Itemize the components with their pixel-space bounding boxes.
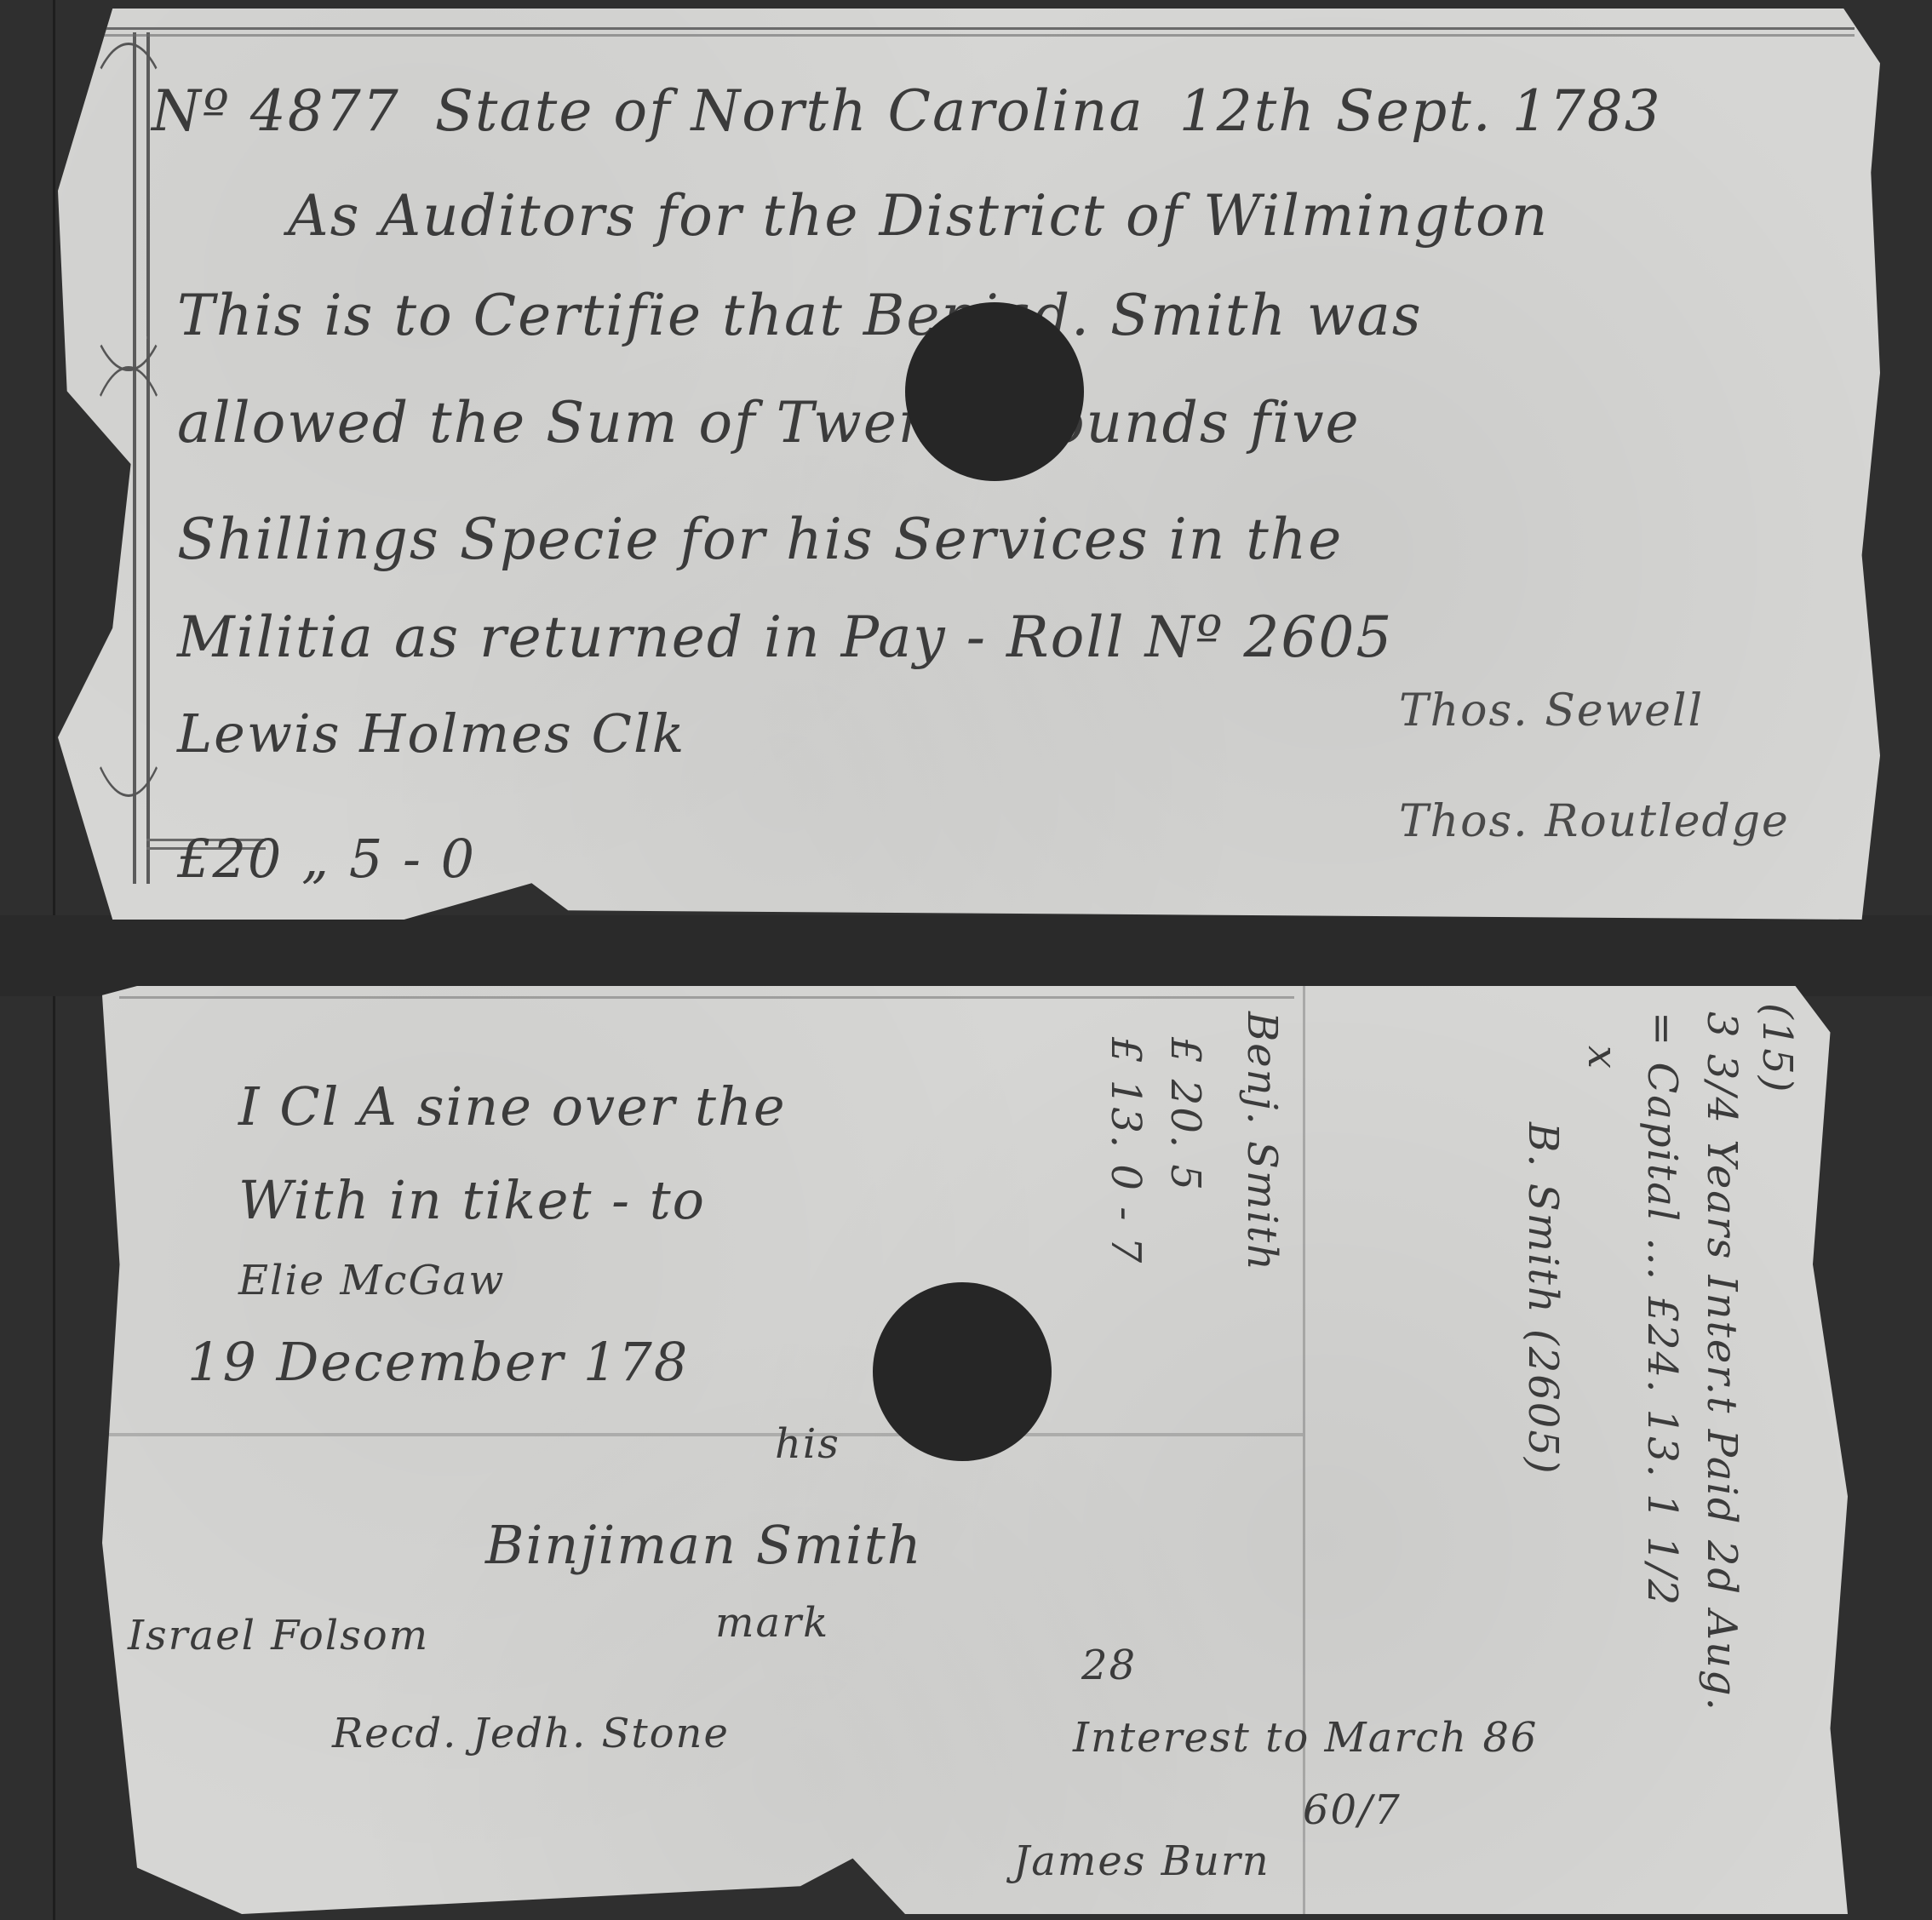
body-line-2: This is to Certifie that Benjad. Smith w… <box>177 283 1423 348</box>
endorsement-name: Benj. Smith <box>1238 1012 1286 1272</box>
principal-signature: Binjiman Smith <box>485 1514 923 1576</box>
assignment-line-2: With in tiket - to <box>238 1169 706 1231</box>
top-rule <box>83 27 1855 30</box>
interest-note-line-1: 3 3/4 Years Inter.t Paid 2d Aug. <box>1698 1012 1746 1712</box>
auditor-signature-2: Thos. Routledge <box>1399 796 1790 847</box>
assignment-date: 19 December 178 <box>187 1331 689 1393</box>
certificate-back: I Cl A sine over the With in tiket - to … <box>102 986 1848 1914</box>
cancellation-punch-hole <box>905 302 1084 481</box>
clerk-signature: Lewis Holmes Clk <box>177 702 685 765</box>
interest-amount: 60/7 <box>1303 1786 1402 1834</box>
cancellation-punch-hole <box>873 1282 1052 1461</box>
note-number: (15) <box>1753 1003 1801 1094</box>
auditor-signature-1: Thos. Sewell <box>1399 685 1704 736</box>
final-signature: James Burn <box>1013 1837 1270 1885</box>
interest-line: Interest to March 86 <box>1073 1714 1538 1762</box>
body-line-1: As Auditors for the District of Wilmingt… <box>288 183 1549 249</box>
body-line-3: allowed the Sum of Twenty Pounds five <box>177 390 1361 456</box>
state-name: State of North Carolina <box>435 78 1144 144</box>
received-by: Recd. Jedh. Stone <box>332 1710 730 1757</box>
witness-signature: Israel Folsom <box>128 1612 429 1659</box>
body-line-4: Shillings Specie for his Services in the <box>177 507 1343 572</box>
interest-note-mark: x <box>1579 1046 1626 1070</box>
certificate-date: 12th Sept. 1783 <box>1179 78 1662 144</box>
endorsement-amount-2: £ 13. 0 - 7 <box>1102 1037 1149 1264</box>
top-rule <box>83 34 1855 37</box>
certificate-number: Nº 4877 <box>152 78 400 144</box>
margin-flourish <box>71 366 186 797</box>
fold-line <box>102 1433 1303 1436</box>
assignment-line-1: I Cl A sine over the <box>238 1075 787 1138</box>
mark-label: mark <box>715 1599 829 1647</box>
mount-gap <box>0 915 1932 996</box>
certificate-front: Nº 4877 State of North Carolina 12th Sep… <box>58 9 1880 920</box>
amount: £20 „ 5 - 0 <box>177 828 476 890</box>
body-line-5: Militia as returned in Pay - Roll Nº 260… <box>177 605 1393 670</box>
certificate-header: Nº 4877 State of North Carolina 12th Sep… <box>152 78 1662 144</box>
interest-note-line-2: = Capital ... £24. 13. 1 1/2 <box>1638 1012 1686 1607</box>
fold-line <box>1303 986 1305 1914</box>
endorsement-amount-1: £ 20. 5 <box>1161 1037 1209 1192</box>
top-rule <box>119 996 1294 999</box>
interest-note-signature: B. Smith (2605) <box>1519 1122 1567 1476</box>
interest-total-mark: 28 <box>1081 1642 1137 1689</box>
assignment-line-3: Elie McGaw <box>238 1257 505 1304</box>
his-label: his <box>775 1420 840 1468</box>
